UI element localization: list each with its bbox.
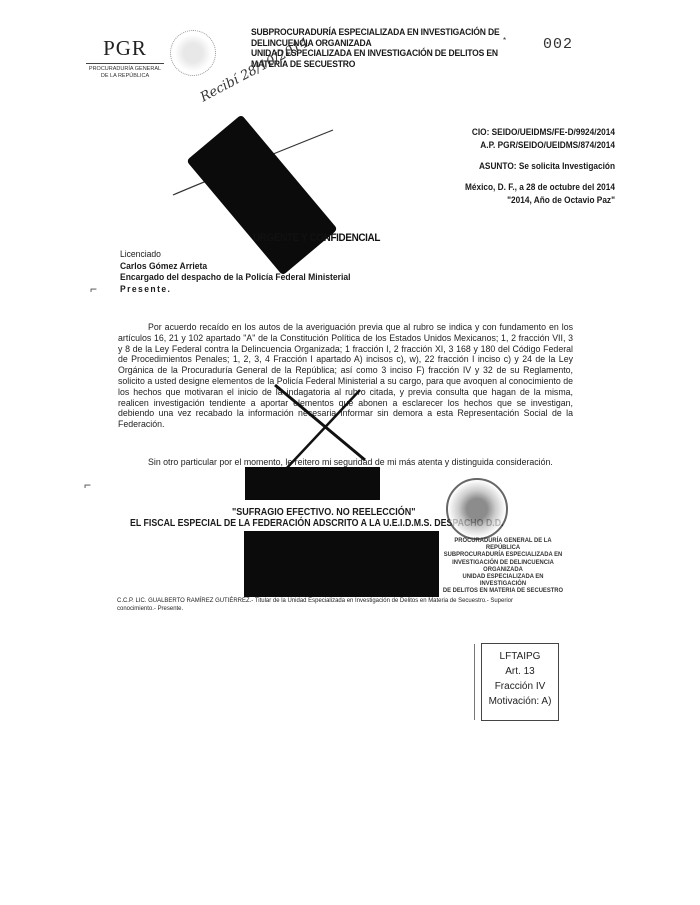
ap-number: A.P. PGR/SEIDO/UEIDMS/874/2014 <box>390 139 615 152</box>
addressee-block: Licenciado Carlos Gómez Arrieta Encargad… <box>120 249 350 295</box>
margin-mark: ⌐ <box>90 282 97 296</box>
stamp-line: PROCURADURÍA GENERAL DE LA REPÚBLICA <box>440 537 566 551</box>
logo-subtitle-2: DE LA REPÚBLICA <box>80 73 170 80</box>
margin-mark: ⌐ <box>84 478 91 492</box>
official-seal-stamp-icon <box>446 478 508 540</box>
mexico-seal-icon <box>170 30 216 76</box>
oficio-number: CIO: SEIDO/UEIDMS/FE-D/9924/2014 <box>390 126 615 139</box>
ccp-block: C.C.P. LIC. GUALBERTO RAMÍREZ GUTIÉRREZ.… <box>117 597 513 613</box>
addressee-position: Encargado del despacho de la Policía Fed… <box>120 272 350 284</box>
signature-motto: "SUFRAGIO EFECTIVO. NO REELECCIÓN" <box>232 507 416 518</box>
addressee-greeting: Presente. <box>120 284 350 296</box>
scan-mark: * <box>503 36 506 45</box>
reference-block: CIO: SEIDO/UEIDMS/FE-D/9924/2014 A.P. PG… <box>390 126 615 207</box>
year-motto: "2014, Año de Octavio Paz" <box>390 194 615 207</box>
handwritten-cross-stroke <box>255 380 385 480</box>
stamp-line: DE DELITOS EN MATERIA DE SECUESTRO <box>440 587 566 594</box>
classification-label: URGENTE Y CONFIDENCIAL <box>253 232 380 244</box>
stamp-line: INVESTIGACIÓN DE DELINCUENCIA <box>440 559 566 566</box>
box-line-motivation: Motivación: A) <box>482 695 558 708</box>
box-line-law: LFTAIPG <box>482 650 558 663</box>
logo-divider <box>86 63 164 64</box>
redaction-bar-signer-name <box>244 531 439 597</box>
asunto: ASUNTO: Se solicita Investigación <box>390 160 615 173</box>
logo-subtitle-1: PROCURADURÍA GENERAL <box>80 66 170 73</box>
redaction-bar-signature <box>245 467 380 500</box>
official-stamp-text: PROCURADURÍA GENERAL DE LA REPÚBLICA SUB… <box>440 537 566 595</box>
letterhead-line-4: MATERIA DE SECUESTRO <box>251 60 499 71</box>
ccp-line-2: conocimiento.- Presente. <box>117 605 513 613</box>
page-number: 002 <box>543 36 573 53</box>
place-date: México, D. F., a 28 de octubre del 2014 <box>390 181 615 194</box>
stamp-line: UNIDAD ESPECIALIZADA EN INVESTIGACIÓN <box>440 573 566 587</box>
box-line-article: Art. 13 <box>482 665 558 678</box>
box-line-fraction: Fracción IV <box>482 680 558 693</box>
addressee-title: Licenciado <box>120 249 350 261</box>
stamp-line: ORGANIZADA <box>440 566 566 573</box>
letterhead-line-1: SUBPROCURADURÍA ESPECIALIZADA EN INVESTI… <box>251 28 499 39</box>
transparency-classification-box: LFTAIPG Art. 13 Fracción IV Motivación: … <box>481 643 559 721</box>
addressee-name: Carlos Gómez Arrieta <box>120 261 350 273</box>
ccp-line-1: C.C.P. LIC. GUALBERTO RAMÍREZ GUTIÉRREZ.… <box>117 597 513 605</box>
pgr-logo: PGR PROCURADURÍA GENERAL DE LA REPÚBLICA <box>80 36 170 80</box>
pgr-logo-text: PGR <box>80 36 170 61</box>
box-side-rule <box>474 644 479 720</box>
stamp-line: SUBPROCURADURÍA ESPECIALIZADA EN <box>440 551 566 558</box>
